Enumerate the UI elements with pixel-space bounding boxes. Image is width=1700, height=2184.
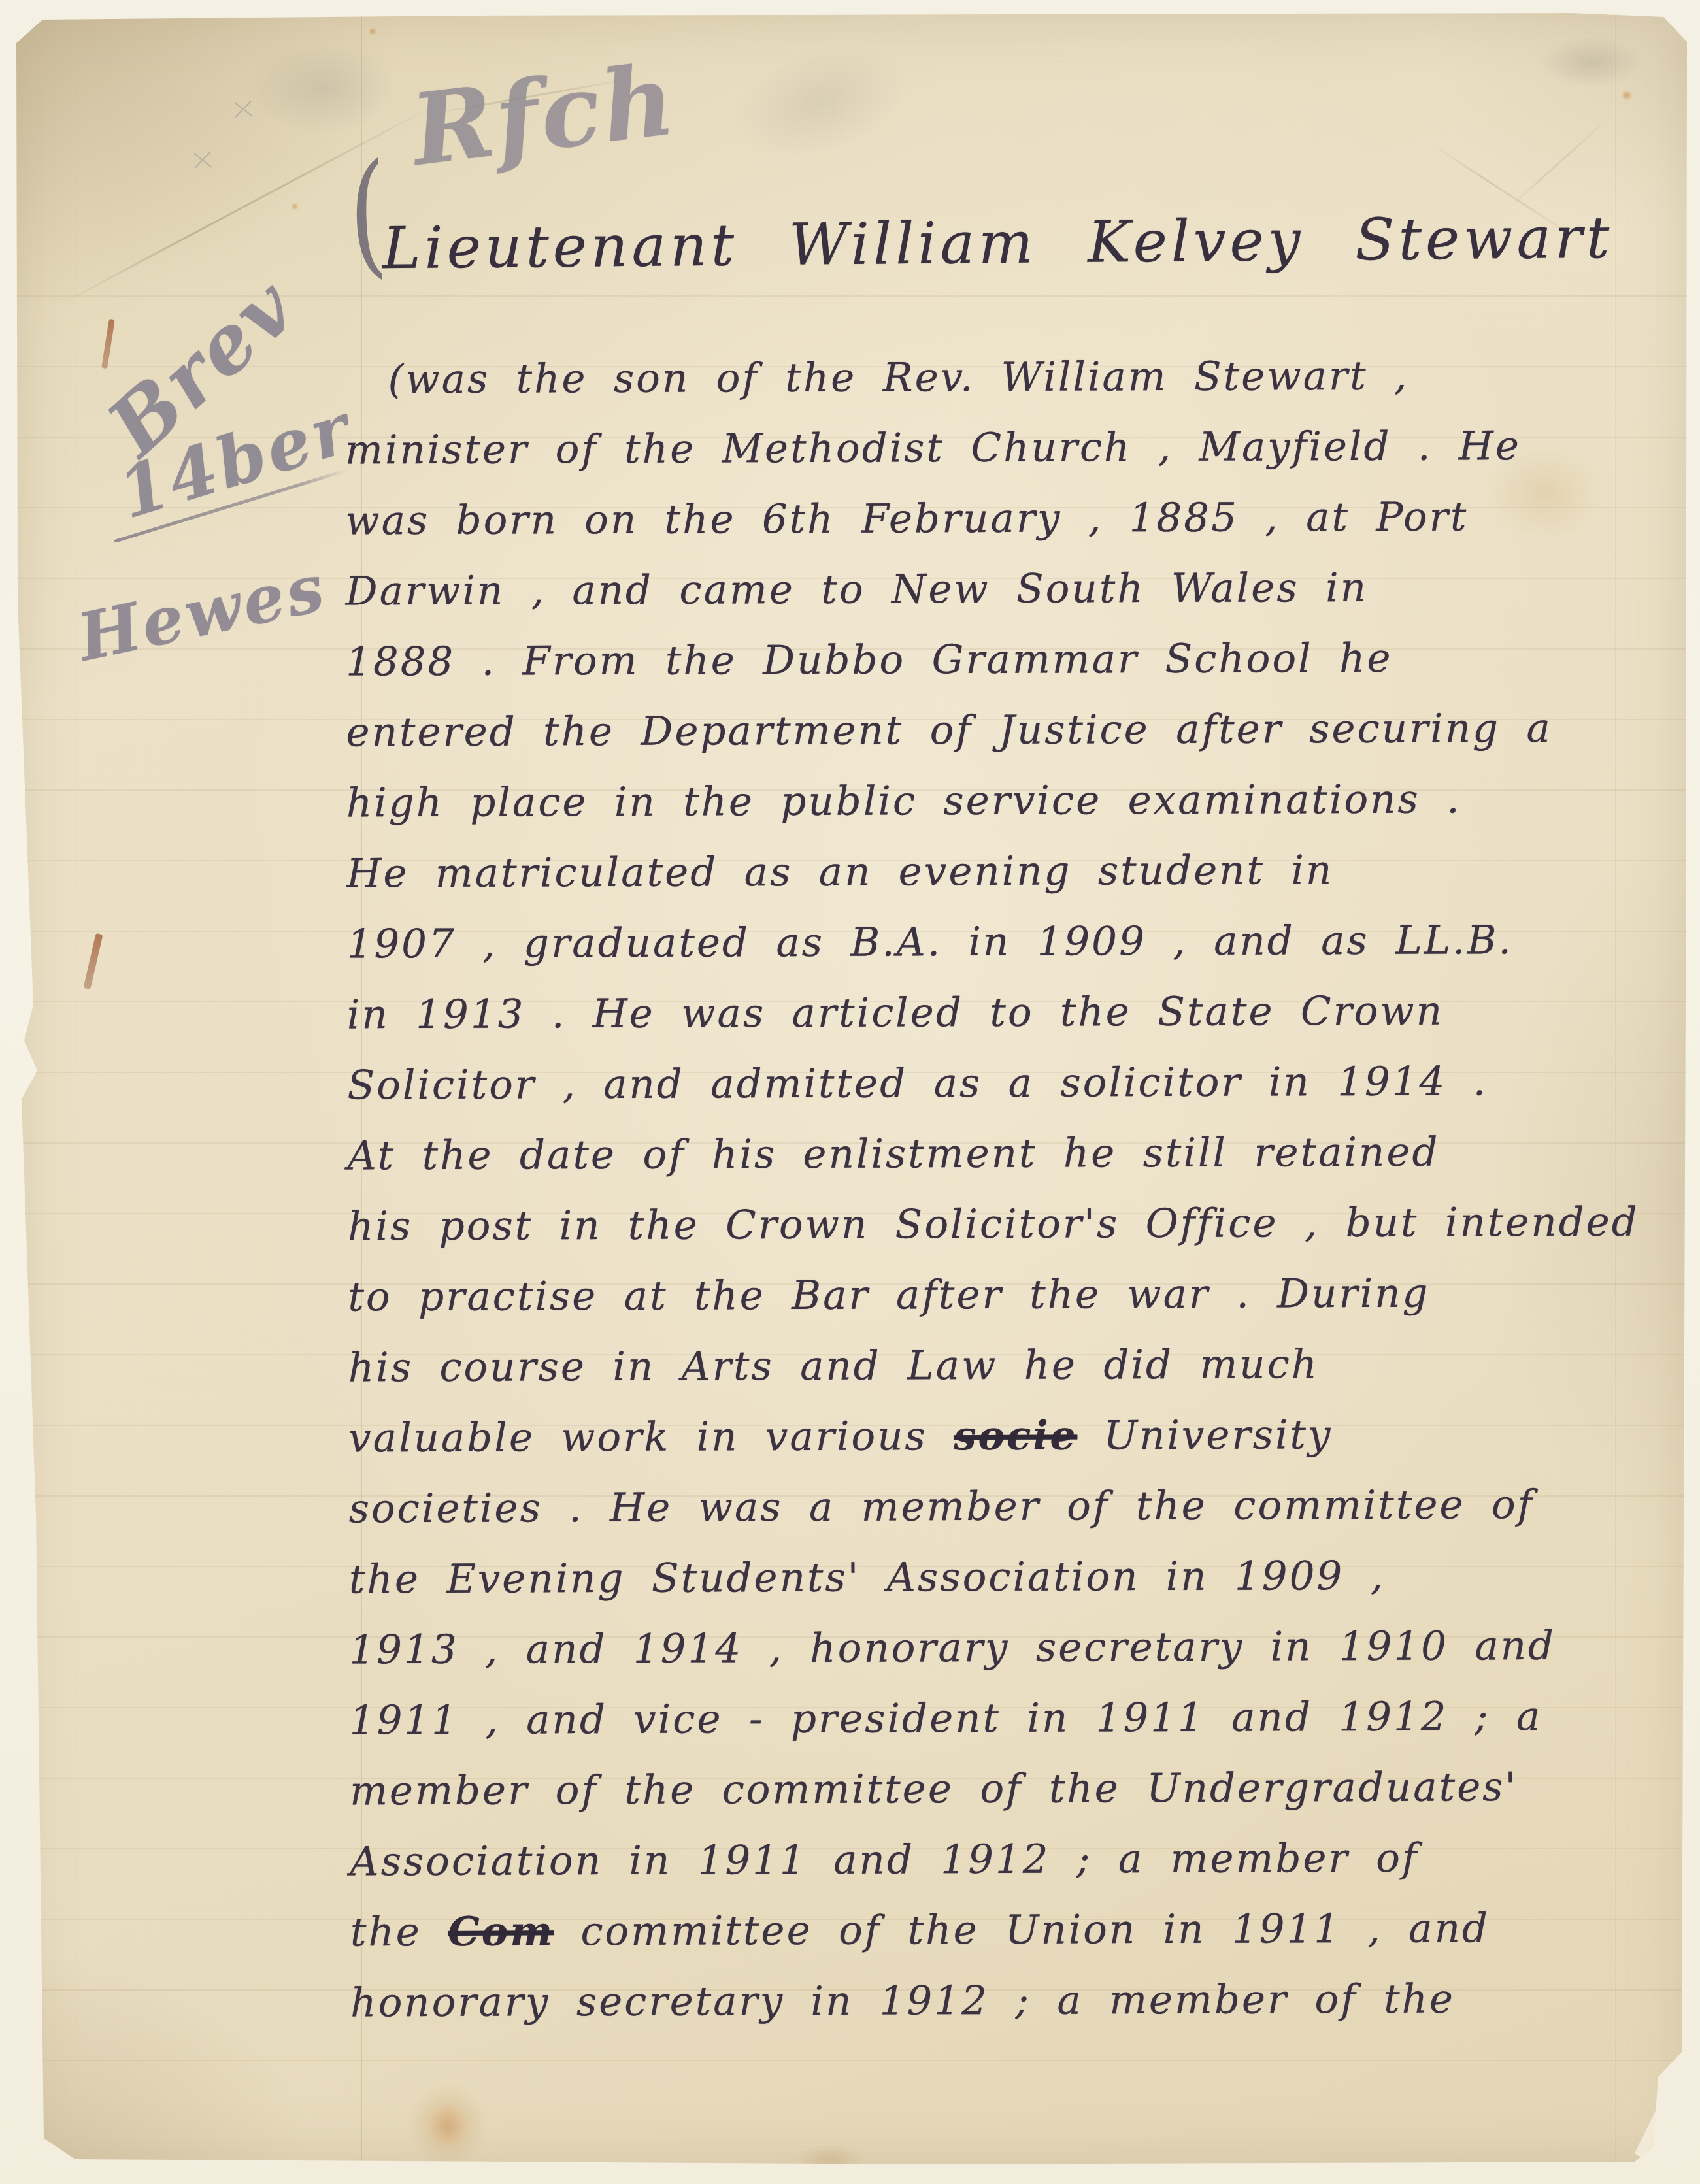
handwritten-line: 1911 , and vice - president in 1911 and … [350,1693,1631,1768]
handwritten-line: in 1913 . He was articled to the State C… [347,987,1628,1063]
folded-corner [1635,2057,1682,2162]
handwritten-line: 1907 , graduated as B.A. in 1909 , and a… [346,917,1627,992]
handwritten-line: entered the Department of Justice after … [346,705,1627,780]
handwritten-line: societies . He was a member of the commi… [349,1481,1630,1557]
body-text: (was the son of the Rev. William Stewart… [344,352,1631,2051]
ink-stain-dash [101,319,115,369]
ink-stain-dash [83,933,103,989]
paper-stain [408,2081,487,2170]
pencil-margin-note-hewes: Hewes [71,548,333,676]
paper-stain [797,2145,863,2174]
pencil-scrawl-initials: Rfch [406,42,683,188]
handwritten-line: was born on the 6th February , 1885 , at… [345,493,1626,569]
foxing-spot [291,203,299,210]
pencil-cross-mark [232,98,254,120]
handwritten-line: 1888 . From the Dubbo Grammar School he [346,635,1627,710]
handwritten-line: He matriculated as an evening student in [346,846,1627,921]
handwritten-line: the Com committee of the Union in 1911 ,… [350,1905,1631,1980]
handwritten-line: 1913 , and 1914 , honorary secretary in … [349,1623,1630,1698]
foxing-spot [1621,90,1633,101]
handwritten-line: Darwin , and came to New South Wales in [346,564,1627,639]
handwritten-line: member of the committee of the Undergrad… [350,1764,1631,1839]
handwritten-line: his post in the Crown Solicitor's Office… [348,1199,1629,1274]
struck-word: Com [448,1908,554,1955]
document-title: Lieutenant William Kelvey Stewart [382,204,1614,282]
pencil-smudge [717,24,924,180]
handwritten-line: Solicitor , and admitted as a solicitor … [347,1058,1628,1133]
handwritten-line: (was the son of the Rev. William Stewart… [344,352,1625,427]
handwritten-line: his course in Arts and Law he did much [348,1340,1629,1415]
paper-sheet: Rfch Brev 14ber Hewes ( Lieutenant Willi… [16,13,1687,2164]
handwritten-line: high place in the public service examina… [346,776,1627,851]
scanned-document: Rfch Brev 14ber Hewes ( Lieutenant Willi… [0,0,1700,2184]
pencil-smudge [248,42,399,134]
handwritten-line: the Evening Students' Association in 190… [349,1552,1630,1627]
handwritten-line: At the date of his enlistment he still r… [348,1129,1629,1204]
struck-word: socie [954,1413,1077,1460]
handwritten-line: minister of the Methodist Church , Mayfi… [345,423,1626,498]
handwritten-line: Association in 1911 and 1912 ; a member … [350,1834,1631,1910]
handwritten-line: valuable work in various socie Universit… [348,1411,1629,1486]
foxing-spot [368,27,377,35]
handwritten-line: to practise at the Bar after the war . D… [348,1270,1629,1345]
handwritten-line: honorary secretary in 1912 ; a member of… [350,1976,1631,2051]
paper-crease [1506,113,1614,210]
pencil-cross-mark [192,149,214,171]
pencil-smudge [1539,36,1644,88]
